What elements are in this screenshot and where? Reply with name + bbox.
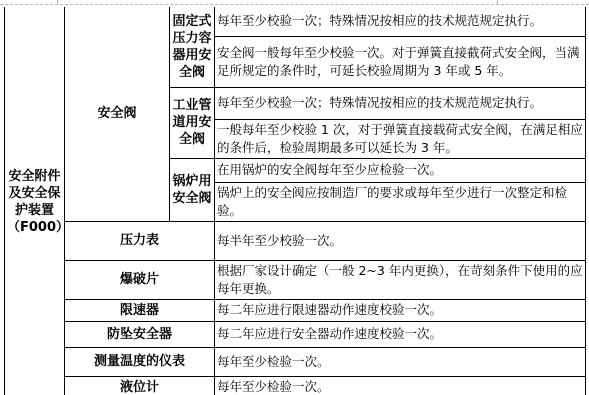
cell-device-pressure-gauge: 压力表	[65, 221, 215, 260]
device-label: 液位计	[120, 380, 159, 395]
table-row: 压力表 每半年至少校验一次。	[5, 221, 586, 260]
page-boundary-tick	[57, 0, 59, 5]
cell-device-temperature-instrument: 测量温度的仪表	[65, 347, 215, 376]
table-row: 爆破片 根据厂家设计确定（一般 2~3 年内更换），在苛刻条件下使用的应每年更换…	[5, 260, 586, 299]
cell-rule: 每年至少检验一次。	[215, 376, 586, 395]
page-boundary-tick	[497, 0, 499, 5]
device-label: 测量温度的仪表	[94, 354, 185, 369]
valve-type-label: 锅炉用安全阀	[172, 174, 211, 206]
device-label: 压力表	[120, 233, 159, 248]
cell-valve-type-boiler: 锅炉用安全阀	[170, 158, 215, 221]
cell-rule: 每年至少检验一次。	[215, 347, 586, 376]
cell-rule: 锅炉上的安全阀应按制造厂的要求或每年至少进行一次整定和检验。	[215, 182, 586, 221]
cell-rule: 每年至少校验一次；特殊情况按相应的技术规范规定执行。	[215, 7, 586, 36]
table-row: 防坠安全器 每二年应进行安全器动作速度校验一次。	[5, 321, 586, 347]
table-row: 测量温度的仪表 每年至少检验一次。	[5, 347, 586, 376]
safety-valve-label: 安全阀	[97, 106, 136, 121]
table-row: 限速器 每二年应进行限速器动作速度校验一次。	[5, 299, 586, 321]
cell-device-level-gauge: 液位计	[65, 376, 215, 395]
cell-rule: 安全阀一般每年至少校验一次。对于弹簧直接截荷式安全阀，当满足所规定的条件时，可延…	[215, 36, 586, 87]
cell-rule: 一般每年至少校验 1 次，对于弹簧直接载荷式安全阀，在满足相应的条件后，检验周期…	[215, 119, 586, 158]
device-label: 防坠安全器	[107, 327, 172, 342]
cell-device-group: 安全附件及安全保护装置（F000）	[5, 7, 65, 395]
cell-rule: 每半年至少校验一次。	[215, 221, 586, 260]
cell-valve-type-fixed-vessel: 固定式压力容器用安全阀	[170, 7, 215, 87]
cell-device-speed-limiter: 限速器	[65, 299, 215, 321]
cell-rule: 每二年应进行安全器动作速度校验一次。	[215, 321, 586, 347]
cell-device-rupture-disc: 爆破片	[65, 260, 215, 299]
cell-safety-valve: 安全阀	[65, 7, 170, 221]
cell-valve-type-pipeline: 工业管道用安全阀	[170, 87, 215, 158]
inspection-cycle-table: 安全附件及安全保护装置（F000） 安全阀 固定式压力容器用安全阀 每年至少校验…	[4, 7, 586, 395]
document-page: 安全附件及安全保护装置（F000） 安全阀 固定式压力容器用安全阀 每年至少校验…	[0, 0, 589, 395]
cell-rule: 每年至少校验一次；特殊情况按相应的技术规范规定执行。	[215, 87, 586, 119]
device-label: 爆破片	[120, 272, 159, 287]
cell-rule: 每二年应进行限速器动作速度校验一次。	[215, 299, 586, 321]
cell-rule: 根据厂家设计确定（一般 2~3 年内更换），在苛刻条件下使用的应每年更换。	[215, 260, 586, 299]
cell-rule: 在用锅炉的安全阀每年至少应检验一次。	[215, 158, 586, 182]
device-group-label: 安全附件及安全保护装置（F000）	[7, 168, 62, 236]
device-label: 限速器	[120, 303, 159, 318]
table-row: 安全附件及安全保护装置（F000） 安全阀 固定式压力容器用安全阀 每年至少校验…	[5, 7, 586, 36]
cell-device-fall-arrester: 防坠安全器	[65, 321, 215, 347]
table-row: 液位计 每年至少检验一次。	[5, 376, 586, 395]
page-boundary-dashed-line	[0, 4, 589, 5]
valve-type-label: 工业管道用安全阀	[172, 98, 211, 147]
valve-type-label: 固定式压力容器用安全阀	[172, 14, 211, 80]
